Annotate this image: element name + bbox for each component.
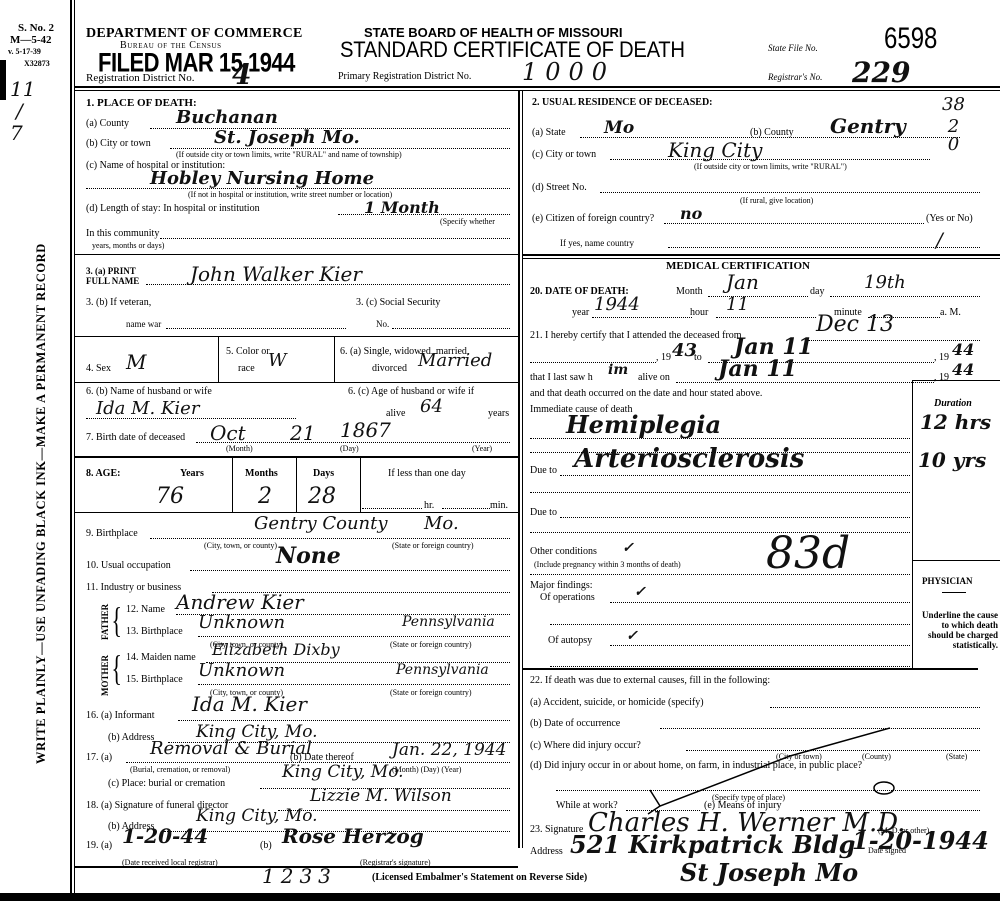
date-signed-value: 1-20-1944 bbox=[852, 826, 989, 855]
spouse-age-label: 6. (c) Age of husband or wife if bbox=[348, 386, 474, 397]
margin-bar bbox=[0, 60, 6, 100]
father-brace: { bbox=[111, 602, 121, 638]
father-birth-city-value: Unknown bbox=[198, 612, 285, 633]
res-county-value: Gentry bbox=[830, 114, 906, 138]
country-label: If yes, name country bbox=[560, 238, 634, 248]
age-days-label: Days bbox=[313, 468, 334, 479]
form-code-3: v. 5-17-39 bbox=[8, 46, 54, 58]
birth-month-value: Oct bbox=[210, 421, 246, 445]
hr-label: hr. bbox=[424, 500, 434, 511]
age-days-value: 28 bbox=[308, 484, 336, 509]
father-tag: FATHER bbox=[100, 604, 110, 640]
due-to-value: Arteriosclerosis bbox=[574, 444, 804, 474]
form-codes: S. No. 2 M—5-42 v. 5-17-39 X32873 bbox=[8, 22, 54, 70]
to-year-value: 44 bbox=[952, 340, 974, 359]
dod-day-label: day bbox=[810, 286, 824, 297]
immediate-duration-value: 12 hrs bbox=[920, 410, 991, 434]
burial-date-value: Jan. 22, 1944 bbox=[392, 740, 506, 760]
min-label: min. bbox=[490, 500, 508, 511]
stay-value: 1 Month bbox=[364, 198, 440, 217]
race-label: race bbox=[238, 363, 255, 374]
mother-birth-label: 15. Birthplace bbox=[126, 674, 183, 685]
divorced-label: divorced bbox=[372, 363, 407, 374]
father-birth-label: 13. Birthplace bbox=[126, 626, 183, 637]
scan-edge bbox=[0, 893, 1000, 901]
underline-note: Underline the cause to which death shoul… bbox=[914, 610, 998, 650]
sig-city-value: St Joseph Mo bbox=[680, 858, 858, 887]
informant-address-label: (b) Address bbox=[108, 732, 154, 743]
margin-marks: 11 / 7 bbox=[10, 78, 35, 144]
residence-margin-codes: 38 2 0 bbox=[942, 96, 965, 154]
occurred-label: and that death occurred on the date and … bbox=[530, 388, 762, 399]
res-county-label: (b) County bbox=[750, 127, 794, 138]
birthplace-city-value: Gentry County bbox=[254, 513, 388, 534]
burial-place-label: (c) Place: burial or cremation bbox=[108, 778, 225, 789]
external-c-note-state: (State) bbox=[946, 752, 967, 761]
due-to-2-label: Due to bbox=[530, 507, 557, 518]
sex-value: M bbox=[126, 350, 146, 374]
last-saw-year-value: 44 bbox=[952, 360, 974, 379]
occupation-value: None bbox=[276, 543, 341, 569]
registrar-sig-label: (b) bbox=[260, 840, 272, 851]
street-note: (If rural, give location) bbox=[740, 196, 813, 205]
major-findings-label: Major findings: bbox=[530, 580, 593, 591]
embalmer-note: (Licensed Embalmer's Statement on Revers… bbox=[372, 872, 587, 883]
embalmer-number: 1233 bbox=[262, 864, 337, 888]
res-city-value: King City bbox=[668, 138, 762, 162]
registrar-label: Registrar's No. bbox=[768, 72, 822, 82]
community-note: years, months or days) bbox=[92, 241, 164, 250]
residence-heading: 2. USUAL RESIDENCE OF DECEASED: bbox=[532, 97, 713, 108]
last-saw-year-prefix: , 19 bbox=[934, 372, 949, 383]
last-saw-him: im bbox=[608, 362, 628, 378]
dod-month-label: Month bbox=[676, 286, 703, 297]
informant-value: Ida M. Kier bbox=[192, 692, 307, 716]
dod-year-label: year bbox=[572, 307, 589, 318]
father-state-note: (State or foreign country) bbox=[390, 640, 472, 649]
stay-label: (d) Length of stay: In hospital or insti… bbox=[86, 203, 260, 214]
received-value: 1-20-44 bbox=[122, 824, 208, 848]
sig-address-value: 521 Kirkpatrick Bldg bbox=[570, 830, 855, 859]
left-border bbox=[70, 0, 72, 901]
registration-district-label: Registration District No. bbox=[86, 72, 194, 84]
years-label: years bbox=[488, 408, 509, 419]
birthplace-state-note: (State or foreign country) bbox=[392, 541, 474, 550]
last-saw-value: Jan 11 bbox=[718, 356, 797, 382]
ss-no-label: No. bbox=[376, 319, 389, 329]
operations-label: Of operations bbox=[540, 592, 595, 603]
birthplace-label: 9. Birthplace bbox=[86, 528, 138, 539]
race-value: W bbox=[268, 350, 287, 371]
external-b-label: (b) Date of occurrence bbox=[530, 718, 620, 729]
age-months-label: Months bbox=[245, 468, 278, 479]
birth-date-label: 7. Birth date of deceased bbox=[86, 432, 185, 443]
res-state-value: Mo bbox=[604, 118, 634, 138]
mother-name-label: 14. Maiden name bbox=[126, 652, 196, 663]
country-value: / bbox=[936, 228, 943, 252]
mother-state-note: (State or foreign country) bbox=[390, 688, 472, 697]
mother-tag: MOTHER bbox=[100, 655, 110, 696]
birth-month-note: (Month) bbox=[226, 444, 253, 453]
citizen-value: no bbox=[680, 204, 702, 223]
dod-hour-value: 11 bbox=[726, 294, 749, 315]
attended-from-value: Dec 13 bbox=[816, 312, 894, 337]
spouse-age-value: 64 bbox=[420, 396, 443, 417]
immediate-cause-value: Hemiplegia bbox=[566, 410, 721, 439]
age-years-label: Years bbox=[180, 468, 204, 479]
citizen-label: (e) Citizen of foreign country? bbox=[532, 213, 654, 224]
social-security-label: 3. (c) Social Security bbox=[356, 297, 440, 308]
cause-code-mark: 83d bbox=[766, 528, 850, 579]
primary-district-value: 1000 bbox=[522, 58, 615, 86]
burial-place-value: King City, Mo. bbox=[282, 762, 404, 782]
mother-name-value: Elizabeth Dixby bbox=[212, 640, 340, 659]
hospital-value: Hobley Nursing Home bbox=[150, 168, 374, 189]
form-code-4: X32873 bbox=[8, 58, 54, 70]
spouse-label: 6. (b) Name of husband or wife bbox=[86, 386, 212, 397]
mother-brace: { bbox=[111, 650, 121, 686]
column-divider bbox=[518, 90, 520, 848]
father-name-label: 12. Name bbox=[126, 604, 165, 615]
external-a-label: (a) Accident, suicide, or homicide (spec… bbox=[530, 697, 704, 708]
dod-month-value: Jan bbox=[726, 270, 759, 294]
due-to-label: Due to bbox=[530, 465, 557, 476]
external-heading: 22. If death was due to external causes,… bbox=[530, 675, 770, 686]
birth-day-note: (Day) bbox=[340, 444, 359, 453]
certify-label: 21. I hereby certify that I attended the… bbox=[530, 330, 742, 341]
birth-year-note: (Year) bbox=[472, 444, 492, 453]
age-label: 8. AGE: bbox=[86, 468, 120, 479]
birthplace-city-note: (City, town, or county) bbox=[204, 541, 277, 550]
birth-day-value: 21 bbox=[290, 421, 315, 445]
sig-address-label: Address bbox=[530, 846, 563, 857]
primary-district-label: Primary Registration District No. bbox=[338, 71, 471, 82]
res-state-label: (a) State bbox=[532, 127, 566, 138]
side-instruction-text: WRITE PLAINLY—USE UNFADING BLACK INK—MAK… bbox=[34, 243, 49, 764]
alive-on-label: alive on bbox=[638, 372, 670, 383]
burial-label: 17. (a) bbox=[86, 752, 112, 763]
death-city-note: (If outside city or town limits, write "… bbox=[176, 150, 402, 159]
street-label: (d) Street No. bbox=[532, 182, 587, 193]
to-label: to bbox=[694, 352, 702, 363]
res-city-label: (c) City or town bbox=[532, 149, 596, 160]
community-label: In this community bbox=[86, 228, 159, 239]
from-year-prefix: , 19 bbox=[656, 352, 671, 363]
registrar-sig-value: Rose Herzog bbox=[282, 824, 424, 848]
burial-value: Removal & Burial bbox=[150, 738, 312, 759]
dod-year-value: 1944 bbox=[594, 294, 640, 315]
mother-birth-state-value: Pennsylvania bbox=[396, 662, 489, 678]
dod-day-value: 19th bbox=[864, 272, 906, 293]
res-city-note: (If outside city or town limits, write "… bbox=[694, 162, 847, 171]
mother-birth-city-value: Unknown bbox=[198, 660, 285, 681]
death-city-label: (b) City or town bbox=[86, 138, 151, 149]
autopsy-value: ✓ bbox=[626, 628, 638, 644]
marital-value: Married bbox=[418, 350, 492, 371]
left-border-inner bbox=[74, 0, 75, 901]
father-birth-state-value: Pennsylvania bbox=[402, 614, 495, 630]
age-years-value: 76 bbox=[156, 484, 184, 509]
death-city-value: St. Joseph Mo. bbox=[214, 127, 360, 148]
operations-value: ✓ bbox=[634, 584, 646, 600]
received-label: 19. (a) bbox=[86, 840, 112, 851]
veteran-label: 3. (b) If veteran, bbox=[86, 297, 151, 308]
age-months-value: 2 bbox=[258, 484, 272, 509]
industry-label: 11. Industry or business bbox=[86, 582, 181, 593]
war-label: name war bbox=[126, 319, 161, 329]
occupation-label: 10. Usual occupation bbox=[86, 560, 171, 571]
sex-label: 4. Sex bbox=[86, 363, 111, 374]
to-year-prefix: , 19 bbox=[934, 352, 949, 363]
external-c-label: (c) Where did injury occur? bbox=[530, 740, 641, 751]
due-to-duration-value: 10 yrs bbox=[918, 448, 986, 472]
other-conditions-label: Other conditions bbox=[530, 546, 597, 557]
funeral-director-value: Lizzie M. Wilson bbox=[310, 786, 452, 806]
autopsy-label: Of autopsy bbox=[548, 635, 592, 646]
less-than-day-label: If less than one day bbox=[388, 468, 466, 479]
registrar-value: 229 bbox=[852, 56, 910, 89]
other-conditions-note: (Include pregnancy within 3 months of de… bbox=[534, 560, 681, 569]
last-saw-label: that I last saw h bbox=[530, 372, 593, 383]
duration-label: Duration bbox=[934, 398, 972, 409]
full-name-value: John Walker Kier bbox=[190, 262, 362, 286]
full-name-label: 3. (a) PRINT FULL NAME bbox=[86, 266, 139, 286]
header-rule bbox=[74, 86, 1000, 88]
state-file-value: 6598 bbox=[884, 22, 937, 56]
state-file-label: State File No. bbox=[768, 43, 818, 53]
dod-ampm: a. M. bbox=[940, 307, 961, 318]
not-applicable-slash bbox=[640, 726, 920, 816]
informant-label: 16. (a) Informant bbox=[86, 710, 155, 721]
director-address-value: King City, Mo. bbox=[196, 806, 318, 826]
stay-note: (Specify whether bbox=[440, 217, 495, 226]
death-county-value: Buchanan bbox=[176, 107, 278, 128]
dod-hour-label: hour bbox=[690, 307, 708, 318]
physician-tag: PHYSICIAN bbox=[922, 576, 973, 586]
form-code-2: M—5-42 bbox=[8, 34, 54, 46]
form-code-1: S. No. 2 bbox=[8, 22, 54, 34]
spouse-value: Ida M. Kier bbox=[96, 398, 199, 419]
other-conditions-value: ✓ bbox=[622, 540, 634, 556]
father-name-value: Andrew Kier bbox=[176, 590, 304, 614]
page-title: STANDARD CERTIFICATE OF DEATH bbox=[340, 37, 685, 63]
birthplace-state-value: Mo. bbox=[424, 513, 459, 534]
birth-year-value: 1867 bbox=[340, 418, 391, 442]
color-label: 5. Color or bbox=[226, 346, 270, 357]
death-county-label: (a) County bbox=[86, 118, 129, 129]
burial-note: (Burial, cremation, or removal) bbox=[130, 765, 230, 774]
citizen-note: (Yes or No) bbox=[926, 213, 973, 224]
hospital-note: (If not in hospital or institution, writ… bbox=[188, 190, 392, 199]
